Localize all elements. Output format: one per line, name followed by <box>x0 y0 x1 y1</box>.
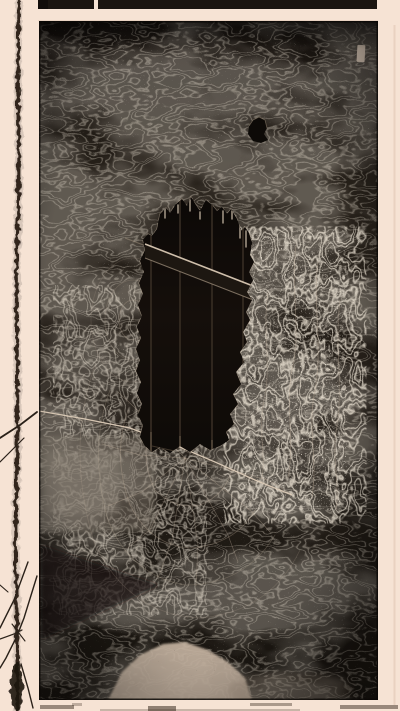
upper-pane-strip-shadow <box>38 0 48 9</box>
frame-streak-blotch <box>11 663 24 711</box>
smudge-mark <box>340 705 398 709</box>
smudge-mark <box>250 703 292 706</box>
smudge-mark <box>40 705 74 709</box>
photo-stage <box>0 0 400 711</box>
smudge-mark <box>72 703 82 706</box>
broken-window-photo <box>0 0 400 711</box>
frame-streak-smear <box>16 0 19 711</box>
pane-glass <box>39 21 378 708</box>
upper-pane-strip <box>38 0 377 9</box>
glazing-bar-gap <box>94 0 98 9</box>
vignette-overlay <box>39 21 378 700</box>
